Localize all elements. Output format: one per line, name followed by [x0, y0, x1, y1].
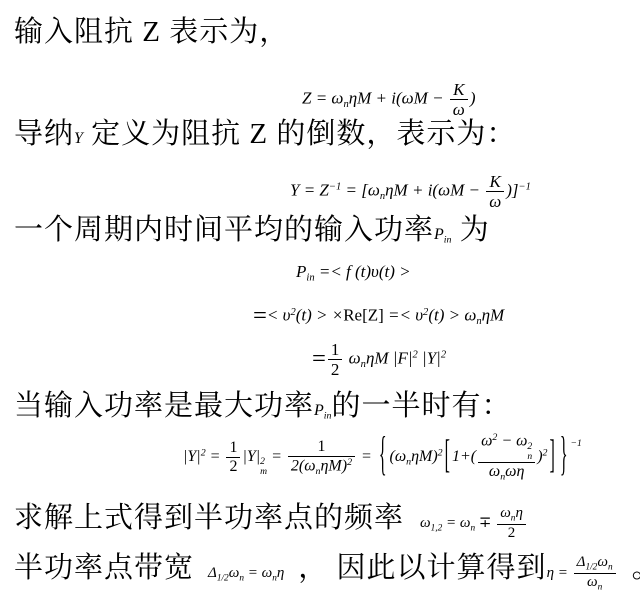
math-token: ω: [420, 515, 431, 531]
inline-math-Pin: Pin: [434, 226, 452, 243]
subscript: in: [444, 234, 452, 245]
fraction: Kω: [486, 172, 504, 211]
math-token: (t) > ×: [296, 306, 344, 325]
math-token: 2(ω: [291, 457, 316, 474]
subscript: in: [306, 273, 314, 284]
sup-sub-stack: 2n: [527, 442, 532, 462]
left-bracket: [: [445, 435, 450, 480]
math-token: |Y|: [183, 448, 201, 465]
text: 导纳: [14, 118, 74, 150]
math-token: =: [206, 448, 225, 465]
math-token: ηM: [366, 348, 393, 367]
formula-impedance: Z = ωnηM + i(ωM − Kω): [302, 80, 475, 119]
left-brace: {: [379, 430, 387, 484]
inline-math-Pin: Pin: [314, 402, 332, 419]
fraction-numerator: 1: [328, 340, 343, 360]
fraction-numerator: K: [450, 80, 468, 100]
fraction-numerator: Δ1/2ωn: [574, 554, 616, 574]
math-token: ω: [587, 574, 598, 590]
equals-sign: =: [312, 345, 326, 372]
math-token: η: [515, 505, 522, 521]
fraction: Δ1/2ωnωn: [574, 554, 616, 592]
paragraph-bandwidth: 半功率点带宽 Δ1/2ωn = ωnη ， 因此以计算得到η = Δ1/2ωnω…: [14, 552, 640, 593]
math-token: (t) > ω: [428, 306, 476, 325]
math-token: =< υ: [384, 306, 423, 325]
subscript: in: [324, 410, 332, 421]
math-token: Z = ω: [302, 88, 343, 107]
math-token: < υ: [267, 306, 291, 325]
math-token: |F|: [393, 348, 413, 367]
formula-power-expand: =< υ2(t) > ×Re[Z] =< υ2(t) > ωnηM: [253, 302, 504, 330]
math-token: = [ω: [341, 180, 380, 199]
fraction-numerator: K: [486, 172, 504, 192]
right-brace: }: [560, 430, 568, 484]
right-bracket: ]: [550, 435, 555, 480]
math-token: ηM): [411, 448, 438, 465]
fraction-numerator: ωnη: [497, 505, 526, 525]
fraction-denominator: 2: [328, 360, 343, 379]
math-token: P: [434, 226, 444, 243]
math-token: = ω: [244, 565, 272, 581]
math-token: ω: [481, 432, 492, 449]
math-token: ηM: [482, 306, 505, 325]
math-token: ηM): [320, 457, 347, 474]
math-token: ): [470, 88, 476, 107]
superscript: 2: [438, 447, 443, 458]
text: 当输入功率是最大功率: [14, 390, 314, 422]
math-token: 1+(: [452, 448, 476, 465]
math-token: ω: [597, 554, 608, 570]
formula-bandwidth: Δ1/2ωn = ωnη: [208, 565, 284, 581]
math-token: ω: [344, 348, 360, 367]
subscript: m: [260, 467, 267, 477]
paragraph-impedance-intro: 输入阻抗 Z 表示为，: [14, 16, 289, 49]
math-token: ω: [500, 505, 511, 521]
inline-math-Y: Y: [74, 130, 83, 147]
math-token: Re[Z]: [343, 306, 384, 325]
fraction-denominator: ωnωη: [478, 463, 535, 483]
fraction-denominator: ωn: [574, 574, 616, 593]
text: 定义为阻抗 Z 的倒数，表示为：: [83, 118, 516, 150]
subscript: 1/2: [585, 563, 597, 573]
math-token: =: [357, 448, 376, 465]
math-token: − ω: [497, 432, 527, 449]
formula-power-def: Pin =< f (t)υ(t) >: [296, 262, 411, 284]
superscript: 2: [441, 350, 446, 361]
fraction: ωnη2: [497, 505, 526, 541]
formula-power-half: =12 ωnηM |F|2 |Y|2: [312, 340, 446, 379]
formula-half-power-frequency: ω1,2 = ωn ∓ ωnη2: [420, 515, 528, 531]
fraction-denominator: ω: [486, 192, 504, 211]
fraction-numerator: ω2 − ω2n: [478, 432, 535, 463]
text: 为: [452, 214, 490, 246]
math-token: |Y|: [418, 348, 441, 367]
text: 输入阻抗 Z 表示为，: [14, 16, 289, 48]
math-token: |Y|: [242, 448, 260, 465]
math-token: ω: [489, 463, 500, 480]
fraction-denominator: ω: [450, 100, 468, 119]
math-token: P: [296, 262, 306, 281]
subscript: 1/2: [217, 573, 229, 583]
superscript: 2: [347, 457, 352, 468]
math-token: ηM + i(ωM −: [385, 180, 484, 199]
subscript: 1,2: [431, 523, 443, 533]
fraction: Kω: [450, 80, 468, 119]
math-token: = ω: [442, 515, 470, 531]
fraction: 12: [328, 340, 343, 379]
text: 求解上式得到半功率点的频率: [14, 502, 404, 534]
superscript: −1: [329, 182, 341, 193]
fraction-numerator: 1: [226, 439, 240, 458]
subscript: n: [598, 582, 603, 592]
fraction-denominator: 2(ωnηM)2: [288, 457, 355, 477]
math-token: Δ: [208, 565, 217, 581]
fraction: 12: [226, 439, 240, 476]
formula-half-power-condition: |Y|2 = 12|Y|2m = 12(ωnηM)2 = {(ωnηM)2[1+…: [183, 432, 582, 483]
subscript: n: [527, 452, 532, 462]
paragraph-frequency-solution: 求解上式得到半功率点的频率 ω1,2 = ωn ∓ ωnη2: [14, 502, 528, 542]
math-token: ηM + i(ωM −: [349, 88, 448, 107]
superscript: −1: [571, 438, 582, 449]
math-token: (ω: [390, 448, 407, 465]
math-token: =< f (t)υ(t) >: [315, 262, 411, 281]
math-token: Y = Z: [290, 180, 329, 199]
formula-admittance: Y = Z−1 = [ωnηM + i(ωM − Kω)]−1: [290, 172, 531, 211]
subscript: n: [608, 563, 613, 573]
fraction: 12(ωnηM)2: [288, 438, 355, 477]
fraction-denominator: 2: [497, 525, 526, 542]
formula-loss-factor: η = Δ1/2ωnωn: [547, 565, 618, 581]
fraction-denominator: 2: [226, 458, 240, 476]
text: 的一半时有：: [332, 390, 512, 422]
text: 。: [632, 552, 640, 584]
math-token: ω: [229, 565, 240, 581]
paragraph-admittance-intro: 导纳Y 定义为阻抗 Z 的倒数，表示为：: [14, 118, 516, 151]
fraction-numerator: 1: [288, 438, 355, 457]
equals-sign: =: [253, 302, 267, 329]
text: 半功率点带宽: [14, 552, 194, 584]
math-token: ωη: [505, 463, 524, 480]
paragraph-half-power: 当输入功率是最大功率Pin的一半时有：: [14, 390, 512, 423]
superscript: −1: [519, 182, 531, 193]
text: 一个周期内时间平均的输入功率: [14, 214, 434, 246]
math-token: η: [277, 565, 284, 581]
fraction: ω2 − ω2nωnωη: [478, 432, 535, 483]
math-token: P: [314, 402, 324, 419]
math-token: ∓: [475, 515, 495, 531]
math-token: )]: [506, 180, 518, 199]
math-token: =: [267, 448, 286, 465]
text: ， 因此以计算得到: [298, 552, 546, 584]
superscript: 2: [543, 447, 548, 458]
paragraph-power-intro: 一个周期内时间平均的输入功率Pin 为: [14, 214, 490, 247]
math-token: η =: [547, 565, 572, 581]
